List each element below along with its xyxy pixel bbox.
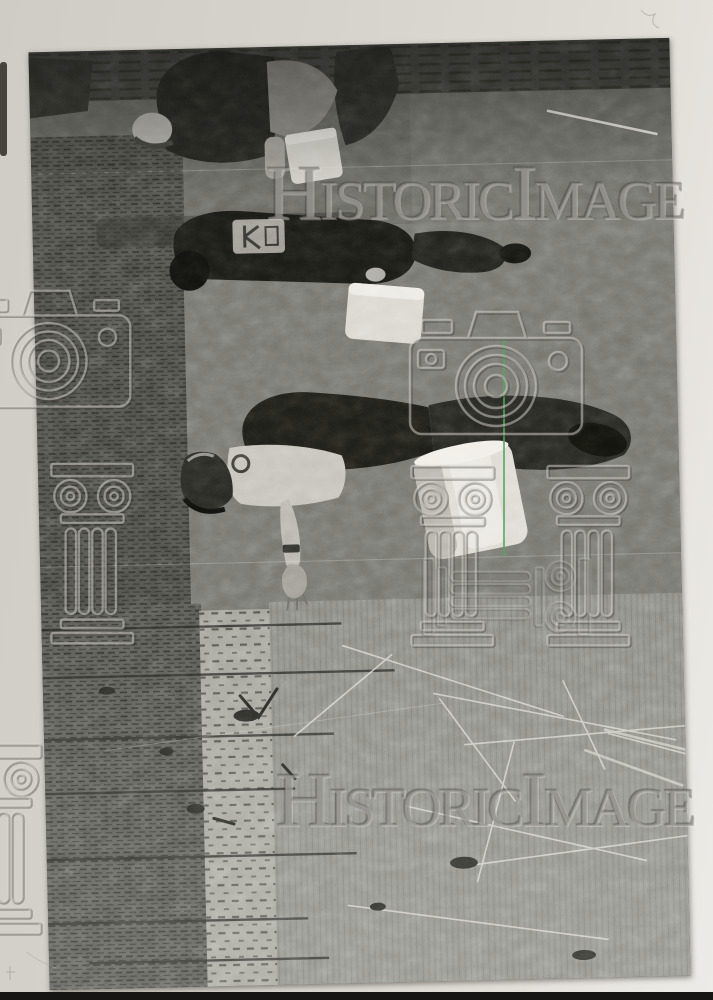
photo-print bbox=[28, 38, 690, 990]
left-edge-nick bbox=[0, 62, 7, 156]
scanned-press-photo: HistoricImage HistoricImage bbox=[0, 0, 713, 1000]
column-watermark-icon bbox=[0, 744, 42, 935]
photo-scene bbox=[28, 38, 690, 990]
scanner-edge-strip bbox=[0, 992, 713, 1000]
